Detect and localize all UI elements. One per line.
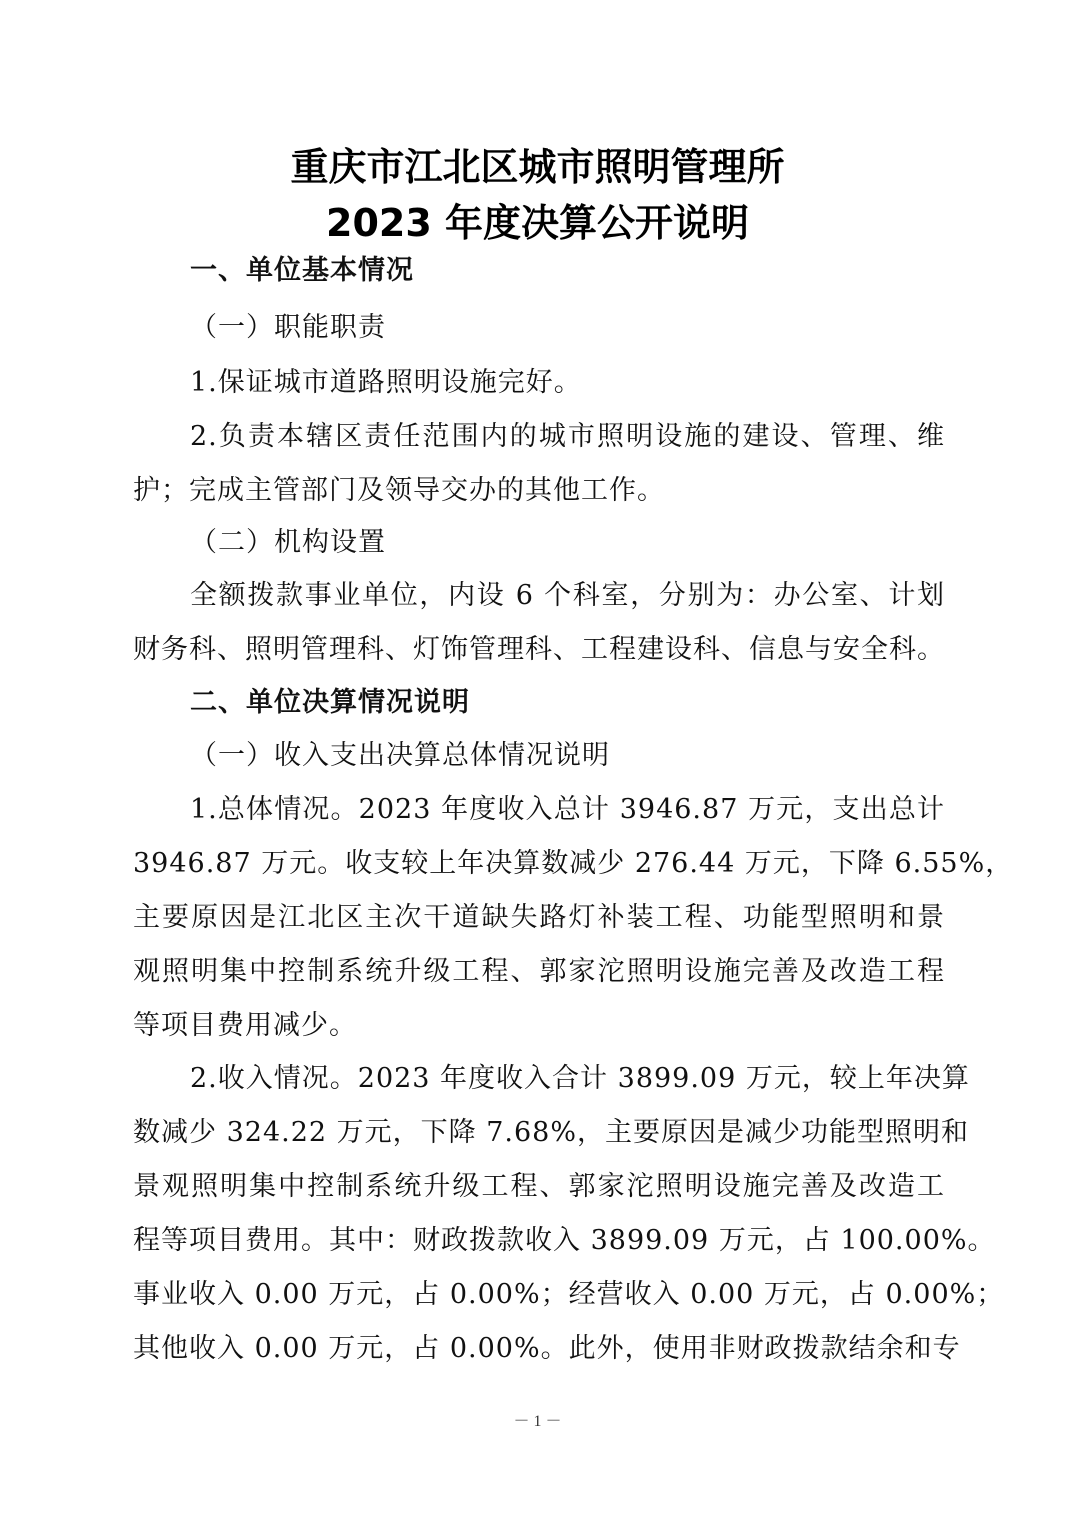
organization-para-line1: 全额拨款事业单位，内设 6 个科室，分别为：办公室、计划	[190, 579, 945, 613]
overall-para-line2: 3946.87 万元。收支较上年决算数减少 276.44 万元，下降 6.55%…	[133, 847, 945, 881]
document-page: 重庆市江北区城市照明管理所 2023 年度决算公开说明 一、单位基本情况 （一）…	[0, 0, 1075, 1520]
function-item-1: 1.保证城市道路照明设施完好。	[190, 366, 582, 400]
subsection-heading-organization: （二）机构设置	[190, 526, 386, 560]
income-para-line4: 程等项目费用。其中：财政拨款收入 3899.09 万元，占 100.00%。	[133, 1224, 945, 1258]
section-heading-basic-info: 一、单位基本情况	[190, 254, 414, 288]
overall-para-line3: 主要原因是江北区主次干道缺失路灯补装工程、功能型照明和景	[133, 901, 945, 935]
subsection-heading-income-expenditure: （一）收入支出决算总体情况说明	[190, 739, 610, 773]
section-heading-final-accounts: 二、单位决算情况说明	[190, 686, 470, 720]
document-title-line1: 重庆市江北区城市照明管理所	[0, 136, 1075, 191]
page-number: － 1 －	[0, 1408, 1075, 1431]
overall-para-line1: 1.总体情况。2023 年度收入总计 3946.87 万元，支出总计	[190, 793, 945, 827]
income-para-line2: 数减少 324.22 万元，下降 7.68%，主要原因是减少功能型照明和	[133, 1116, 945, 1150]
subsection-heading-functions: （一）职能职责	[190, 311, 386, 345]
organization-para-line2: 财务科、照明管理科、灯饰管理科、工程建设科、信息与安全科。	[133, 633, 945, 667]
income-para-line6: 其他收入 0.00 万元，占 0.00%。此外，使用非财政拨款结余和专	[133, 1332, 945, 1366]
function-item-2-line2: 护；完成主管部门及领导交办的其他工作。	[133, 474, 665, 508]
income-para-line1: 2.收入情况。2023 年度收入合计 3899.09 万元，较上年决算	[190, 1062, 945, 1096]
overall-para-line5: 等项目费用减少。	[133, 1009, 357, 1043]
overall-para-line4: 观照明集中控制系统升级工程、郭家沱照明设施完善及改造工程	[133, 955, 945, 989]
income-para-line5: 事业收入 0.00 万元，占 0.00%；经营收入 0.00 万元，占 0.00…	[133, 1278, 945, 1312]
function-item-2-line1: 2.负责本辖区责任范围内的城市照明设施的建设、管理、维	[190, 420, 945, 454]
income-para-line3: 景观照明集中控制系统升级工程、郭家沱照明设施完善及改造工	[133, 1170, 945, 1204]
document-title-line2: 2023 年度决算公开说明	[0, 192, 1075, 247]
